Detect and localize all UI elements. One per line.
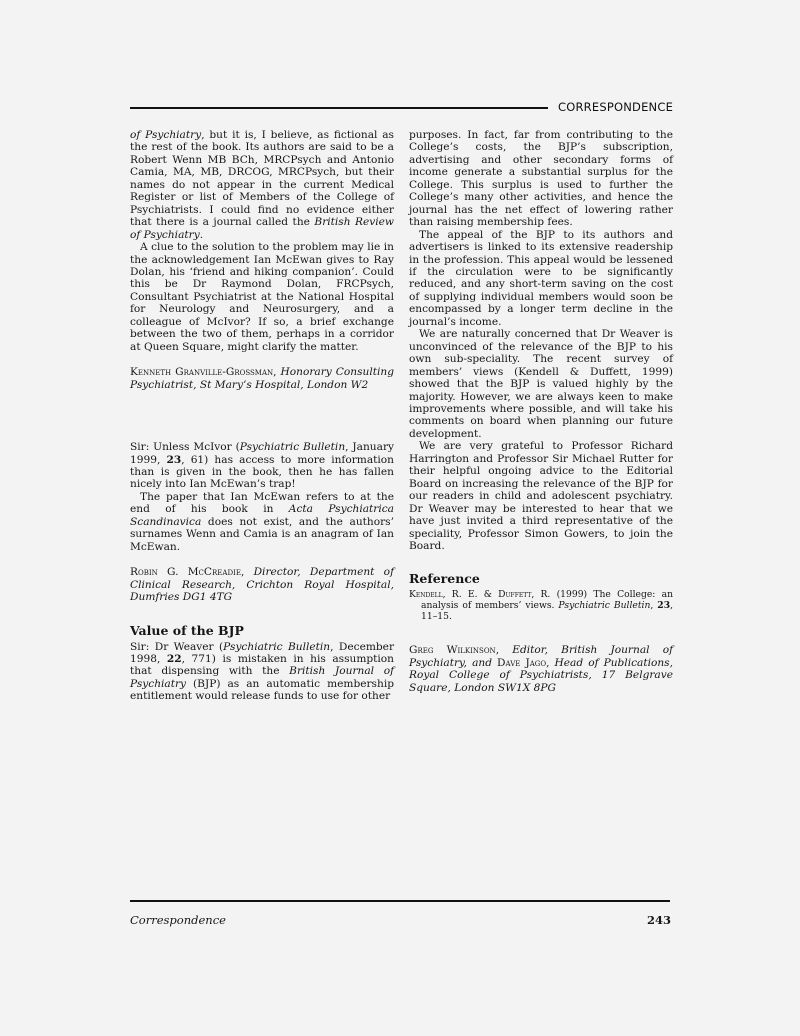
page-number: 243	[647, 913, 671, 927]
section3-paragraph-1: Sir: Dr Weaver (Psychiatric Bulletin, De…	[130, 641, 394, 703]
letter1-paragraph-2: A clue to the solution to the problem ma…	[130, 241, 394, 353]
footer-section-title: Correspondence	[130, 913, 226, 927]
letter1-paragraph-1: of Psychiatry, but it is, I believe, as …	[130, 129, 394, 241]
running-head: CORRESPONDENCE	[558, 100, 673, 114]
header-rule	[130, 107, 548, 109]
editors-signature: Greg Wilkinson, Editor, British Journal …	[409, 644, 673, 694]
signature-name: Greg Wilkinson	[409, 644, 496, 656]
right-paragraph-2: The appeal of the BJP to its authors and…	[409, 229, 673, 329]
journal-page: CORRESPONDENCE of Psychiatry, but it is,…	[0, 0, 800, 1036]
letter2-signature: Robin G. McCreadie, Director, Department…	[130, 566, 394, 603]
signature-name: Robin G. McCreadie	[130, 566, 241, 578]
left-column: of Psychiatry, but it is, I believe, as …	[130, 129, 394, 703]
letter1-signature: Kenneth Granville-Grossman, Honorary Con…	[130, 366, 394, 391]
signature-name: Dave Jago	[497, 657, 546, 669]
reference-entry: Kendell, R. E. & Duffett, R. (1999) The …	[409, 589, 673, 622]
letter2-paragraph-1: Sir: Unless McIvor (Psychiatric Bulletin…	[130, 441, 394, 491]
right-paragraph-1: purposes. In fact, far from contributing…	[409, 129, 673, 229]
section-heading: Value of the BJP	[130, 624, 394, 638]
right-paragraph-3: We are naturally concerned that Dr Weave…	[409, 328, 673, 440]
reference-heading: Reference	[409, 572, 673, 586]
footer-rule	[130, 900, 670, 902]
right-column: purposes. In fact, far from contributing…	[409, 129, 673, 694]
signature-name: Kenneth Granville-Grossman	[130, 366, 273, 378]
right-paragraph-4: We are very grateful to Professor Richar…	[409, 440, 673, 552]
letter2-paragraph-2: The paper that Ian McEwan refers to at t…	[130, 491, 394, 553]
